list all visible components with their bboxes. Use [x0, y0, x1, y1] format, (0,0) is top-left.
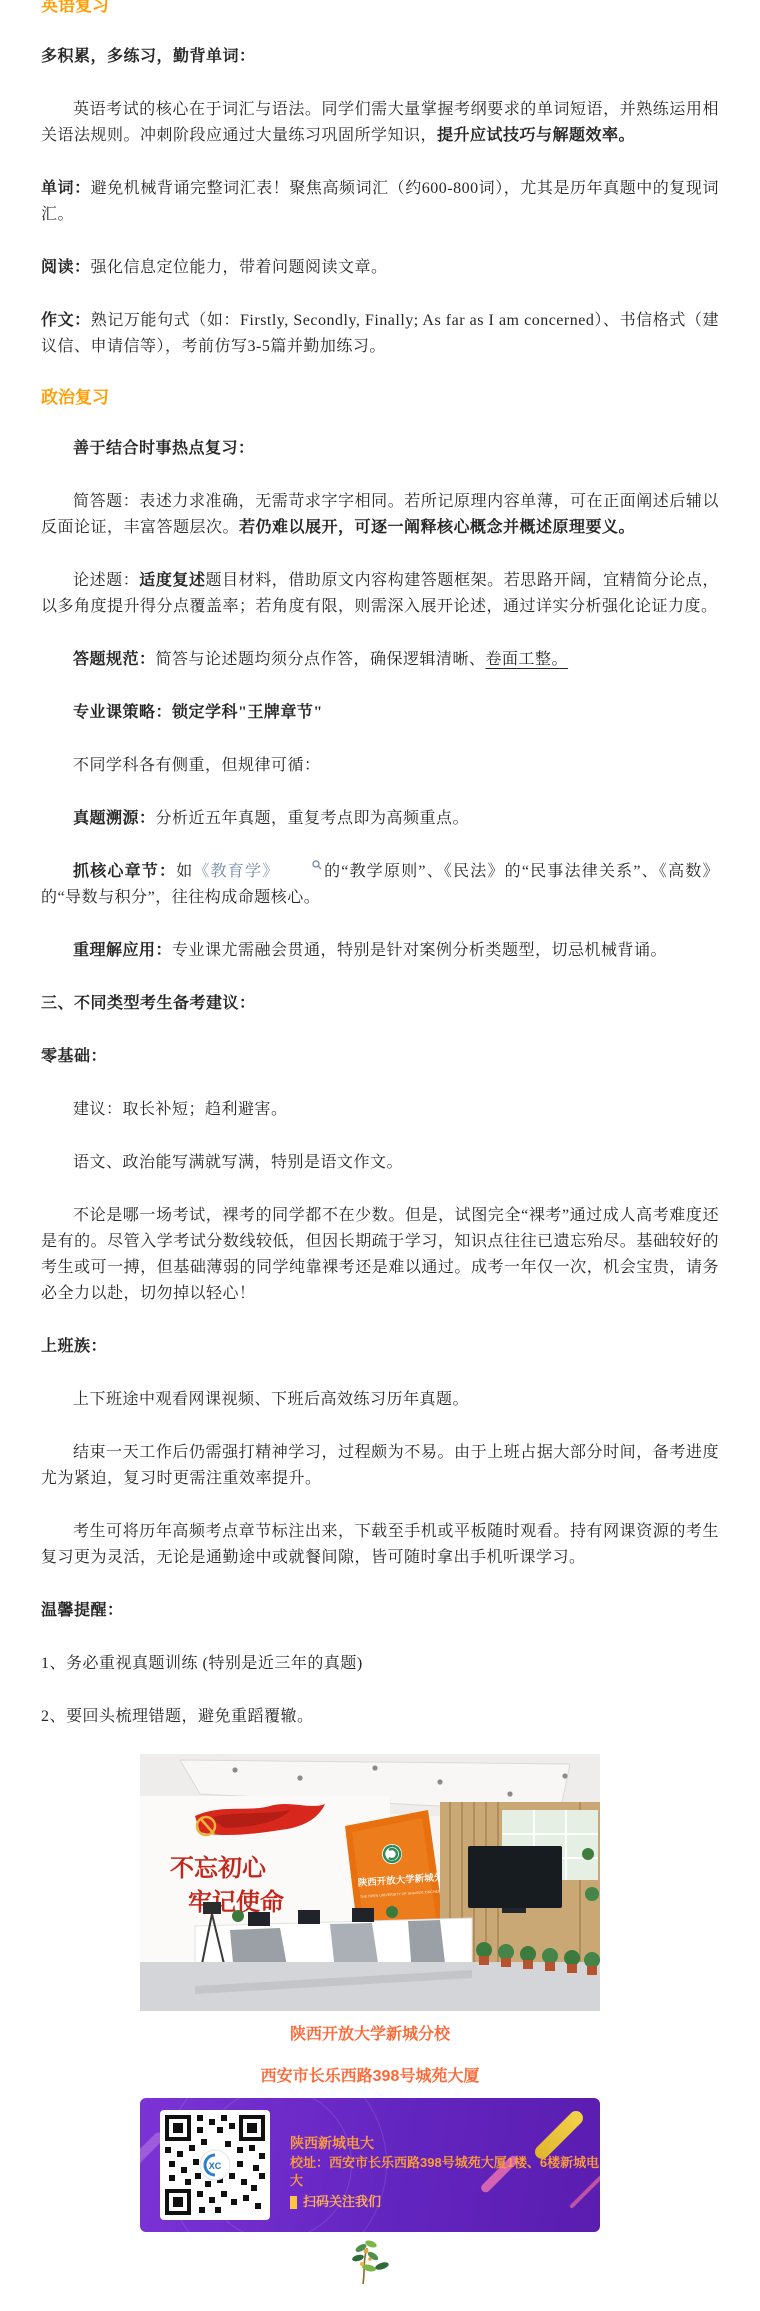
text-run: 提升应试技巧与解题效率。	[437, 127, 635, 144]
text-run: 答题规范：	[73, 651, 156, 668]
paragraph: 不同学科各有侧重，但规律可循：	[41, 753, 719, 779]
banner-scan-label: 扫码关注我们	[303, 2193, 381, 2211]
campus-lobby-photo-art: 不忘初心 牢记使命 陕西开放大学新城分校 THE OPEN UNIVERSITY…	[140, 1754, 600, 2011]
section-heading: 英语复习	[41, 0, 719, 17]
campus-name-caption: 陕西开放大学新城分校	[140, 2024, 600, 2046]
text-run: 若仍难以展开，可逐一阐释核心概念并概述原理要义。	[239, 519, 635, 536]
flower-ornament	[140, 2238, 600, 2291]
text-run: 温馨提醒：	[41, 1602, 124, 1619]
text-run: 语文、政治能写满就写满，特别是语文作文。	[73, 1154, 403, 1171]
scan-bullet-icon	[290, 2196, 297, 2209]
qr-code: XC	[160, 2110, 270, 2220]
qr-code-art: XC	[165, 2115, 265, 2215]
text-run: 结束一天工作后仍需强打精神学习，过程颇为不易。由于上班占据大部分时间，备考进度尤…	[41, 1444, 719, 1487]
paragraph: 考生可将历年高频考点章节标注出来，下载至手机或平板随时观看。持有网课资源的考生复…	[41, 1519, 719, 1571]
text-run: 适度复述	[139, 572, 205, 589]
paragraph: 专业课策略：锁定学科"王牌章节"	[41, 700, 719, 726]
banner-text-block: 陕西新城电大 校址：西安市长乐西路398号城苑大厦1楼、6楼新城电大 扫码关注我…	[290, 2134, 600, 2211]
paragraph: 答题规范：简答与论述题均须分点作答，确保逻辑清晰、卷面工整。	[41, 647, 719, 673]
text-run: 不论是哪一场考试，裸考的同学都不在少数。但是，试图完全“裸考”通过成人高考难度还…	[41, 1207, 719, 1302]
paragraph: 不论是哪一场考试，裸考的同学都不在少数。但是，试图完全“裸考”通过成人高考难度还…	[41, 1203, 719, 1307]
paragraph: 英语考试的核心在于词汇与语法。同学们需大量掌握考纲要求的单词短语，并熟练运用相关…	[41, 97, 719, 149]
text-run: 上班族：	[41, 1338, 107, 1355]
text-run: 2、要回头梳理错题，避免重蹈覆辙。	[41, 1708, 314, 1725]
text-run: 简答与论述题均须分点作答，确保逻辑清晰、	[156, 651, 486, 668]
paragraph: 善于结合时事热点复习：	[41, 436, 719, 462]
paragraph: 1、务必重视真题训练 (特别是近三年的真题)	[41, 1651, 719, 1677]
text-run: 不同学科各有侧重，但规律可循：	[73, 757, 321, 774]
text-run: 建议：取长补短；趋利避害。	[73, 1101, 288, 1118]
paragraph: 2、要回头梳理错题，避免重蹈覆辙。	[41, 1704, 719, 1730]
text-run: 1、务必重视真题训练 (特别是近三年的真题)	[41, 1655, 363, 1672]
text-run: 三、不同类型考生备考建议：	[41, 995, 256, 1012]
paragraph: 零基础：	[41, 1044, 719, 1070]
paragraph: 作文：熟记万能句式（如：Firstly, Secondly, Finally; …	[41, 308, 719, 360]
text-run: 考生可将历年高频考点章节标注出来，下载至手机或平板随时观看。持有网课资源的考生复…	[41, 1523, 719, 1566]
banner-address: 校址：西安市长乐西路398号城苑大厦1楼、6楼新城电大	[290, 2154, 600, 2190]
paragraph: 语文、政治能写满就写满，特别是语文作文。	[41, 1150, 719, 1176]
paragraph: 多积累，多练习，勤背单词：	[41, 44, 719, 70]
text-run: 真题溯源：	[73, 810, 156, 827]
text-run: 专业课尤需融会贯通，特别是针对案例分析类题型，切忌机械背诵。	[172, 942, 667, 959]
search-keyword-link[interactable]: 《教育学》	[193, 863, 279, 880]
paragraph: 单词：避免机械背诵完整词汇表！聚焦高频词汇（约600-800词），尤其是历年真题…	[41, 176, 719, 228]
campus-lobby-photo: 不忘初心 牢记使命 陕西开放大学新城分校 THE OPEN UNIVERSITY…	[140, 1754, 600, 2011]
paragraph: 重理解应用：专业课尤需融会贯通，特别是针对案例分析类题型，切忌机械背诵。	[41, 938, 719, 964]
text-run: 强化信息定位能力，带着问题阅读文章。	[91, 259, 388, 276]
campus-address-caption: 西安市长乐西路398号城苑大厦	[140, 2066, 600, 2088]
text-run: 重理解应用：	[73, 942, 172, 959]
paragraph: 论述题：适度复述题目材料，借助原文内容构建答题框架。若思路开阔，宜精简分论点，以…	[41, 568, 719, 620]
text-run: 熟记万能句式（如：Firstly, Secondly, Finally; As …	[41, 312, 719, 355]
text-run: 论述题：	[73, 572, 139, 589]
text-run: 善于结合时事热点复习：	[73, 440, 255, 457]
paragraph: 上下班途中观看网课视频、下班后高效练习历年真题。	[41, 1387, 719, 1413]
paragraph: 三、不同类型考生备考建议：	[41, 991, 719, 1017]
paragraph: 真题溯源：分析近五年真题，重复考点即为高频重点。	[41, 806, 719, 832]
paragraph: 抓核心章节：如《教育学》的“教学原则”、《民法》的“民事法律关系”、《高数》的“…	[41, 859, 719, 911]
article-page: 英语复习多积累，多练习，勤背单词：英语考试的核心在于词汇与语法。同学们需大量掌握…	[0, 0, 760, 2306]
paragraph: 结束一天工作后仍需强打精神学习，过程颇为不易。由于上班占据大部分时间，备考进度尤…	[41, 1440, 719, 1492]
text-run: 避免机械背诵完整词汇表！聚焦高频词汇（约600-800词），尤其是历年真题中的复…	[41, 180, 719, 223]
text-run: 阅读：	[41, 259, 91, 276]
section-heading: 政治复习	[41, 387, 719, 409]
paragraph: 建议：取长补短；趋利避害。	[41, 1097, 719, 1123]
text-run: 上下班途中观看网课视频、下班后高效练习历年真题。	[73, 1391, 469, 1408]
banner-scan-line: 扫码关注我们	[290, 2193, 600, 2211]
slogan-line1-text: 不忘初心	[170, 1855, 267, 1882]
text-run: 专业课策略：锁定学科"王牌章节"	[73, 704, 323, 721]
qr-center-logo-text: XC	[209, 2161, 222, 2171]
banner-school-name: 陕西新城电大	[290, 2134, 600, 2152]
text-run: 卷面工整。	[486, 651, 569, 668]
text-run: 抓核心章节：	[73, 863, 176, 880]
paragraph: 阅读：强化信息定位能力，带着问题阅读文章。	[41, 255, 719, 281]
paragraph: 上班族：	[41, 1334, 719, 1360]
paragraph: 简答题：表述力求准确，无需苛求字字相同。若所记原理内容单薄，可在正面阐述后辅以反…	[41, 489, 719, 541]
article: 英语复习多积累，多练习，勤背单词：英语考试的核心在于词汇与语法。同学们需大量掌握…	[41, 0, 719, 1730]
plant-sprig-icon	[349, 2238, 391, 2286]
text-run: 如	[176, 863, 193, 880]
text-run: 单词：	[41, 180, 91, 197]
text-run: 多积累，多练习，勤背单词：	[41, 48, 256, 65]
text-run: 零基础：	[41, 1048, 107, 1065]
qr-banner: XC 陕西新城电大 校址：西安市长乐西路398号城苑大厦1楼、6楼新城电大 扫码…	[140, 2098, 600, 2232]
search-icon[interactable]	[280, 860, 322, 870]
text-run: 作文：	[41, 312, 91, 329]
text-run: 分析近五年真题，重复考点即为高频重点。	[156, 810, 470, 827]
paragraph: 温馨提醒：	[41, 1598, 719, 1624]
